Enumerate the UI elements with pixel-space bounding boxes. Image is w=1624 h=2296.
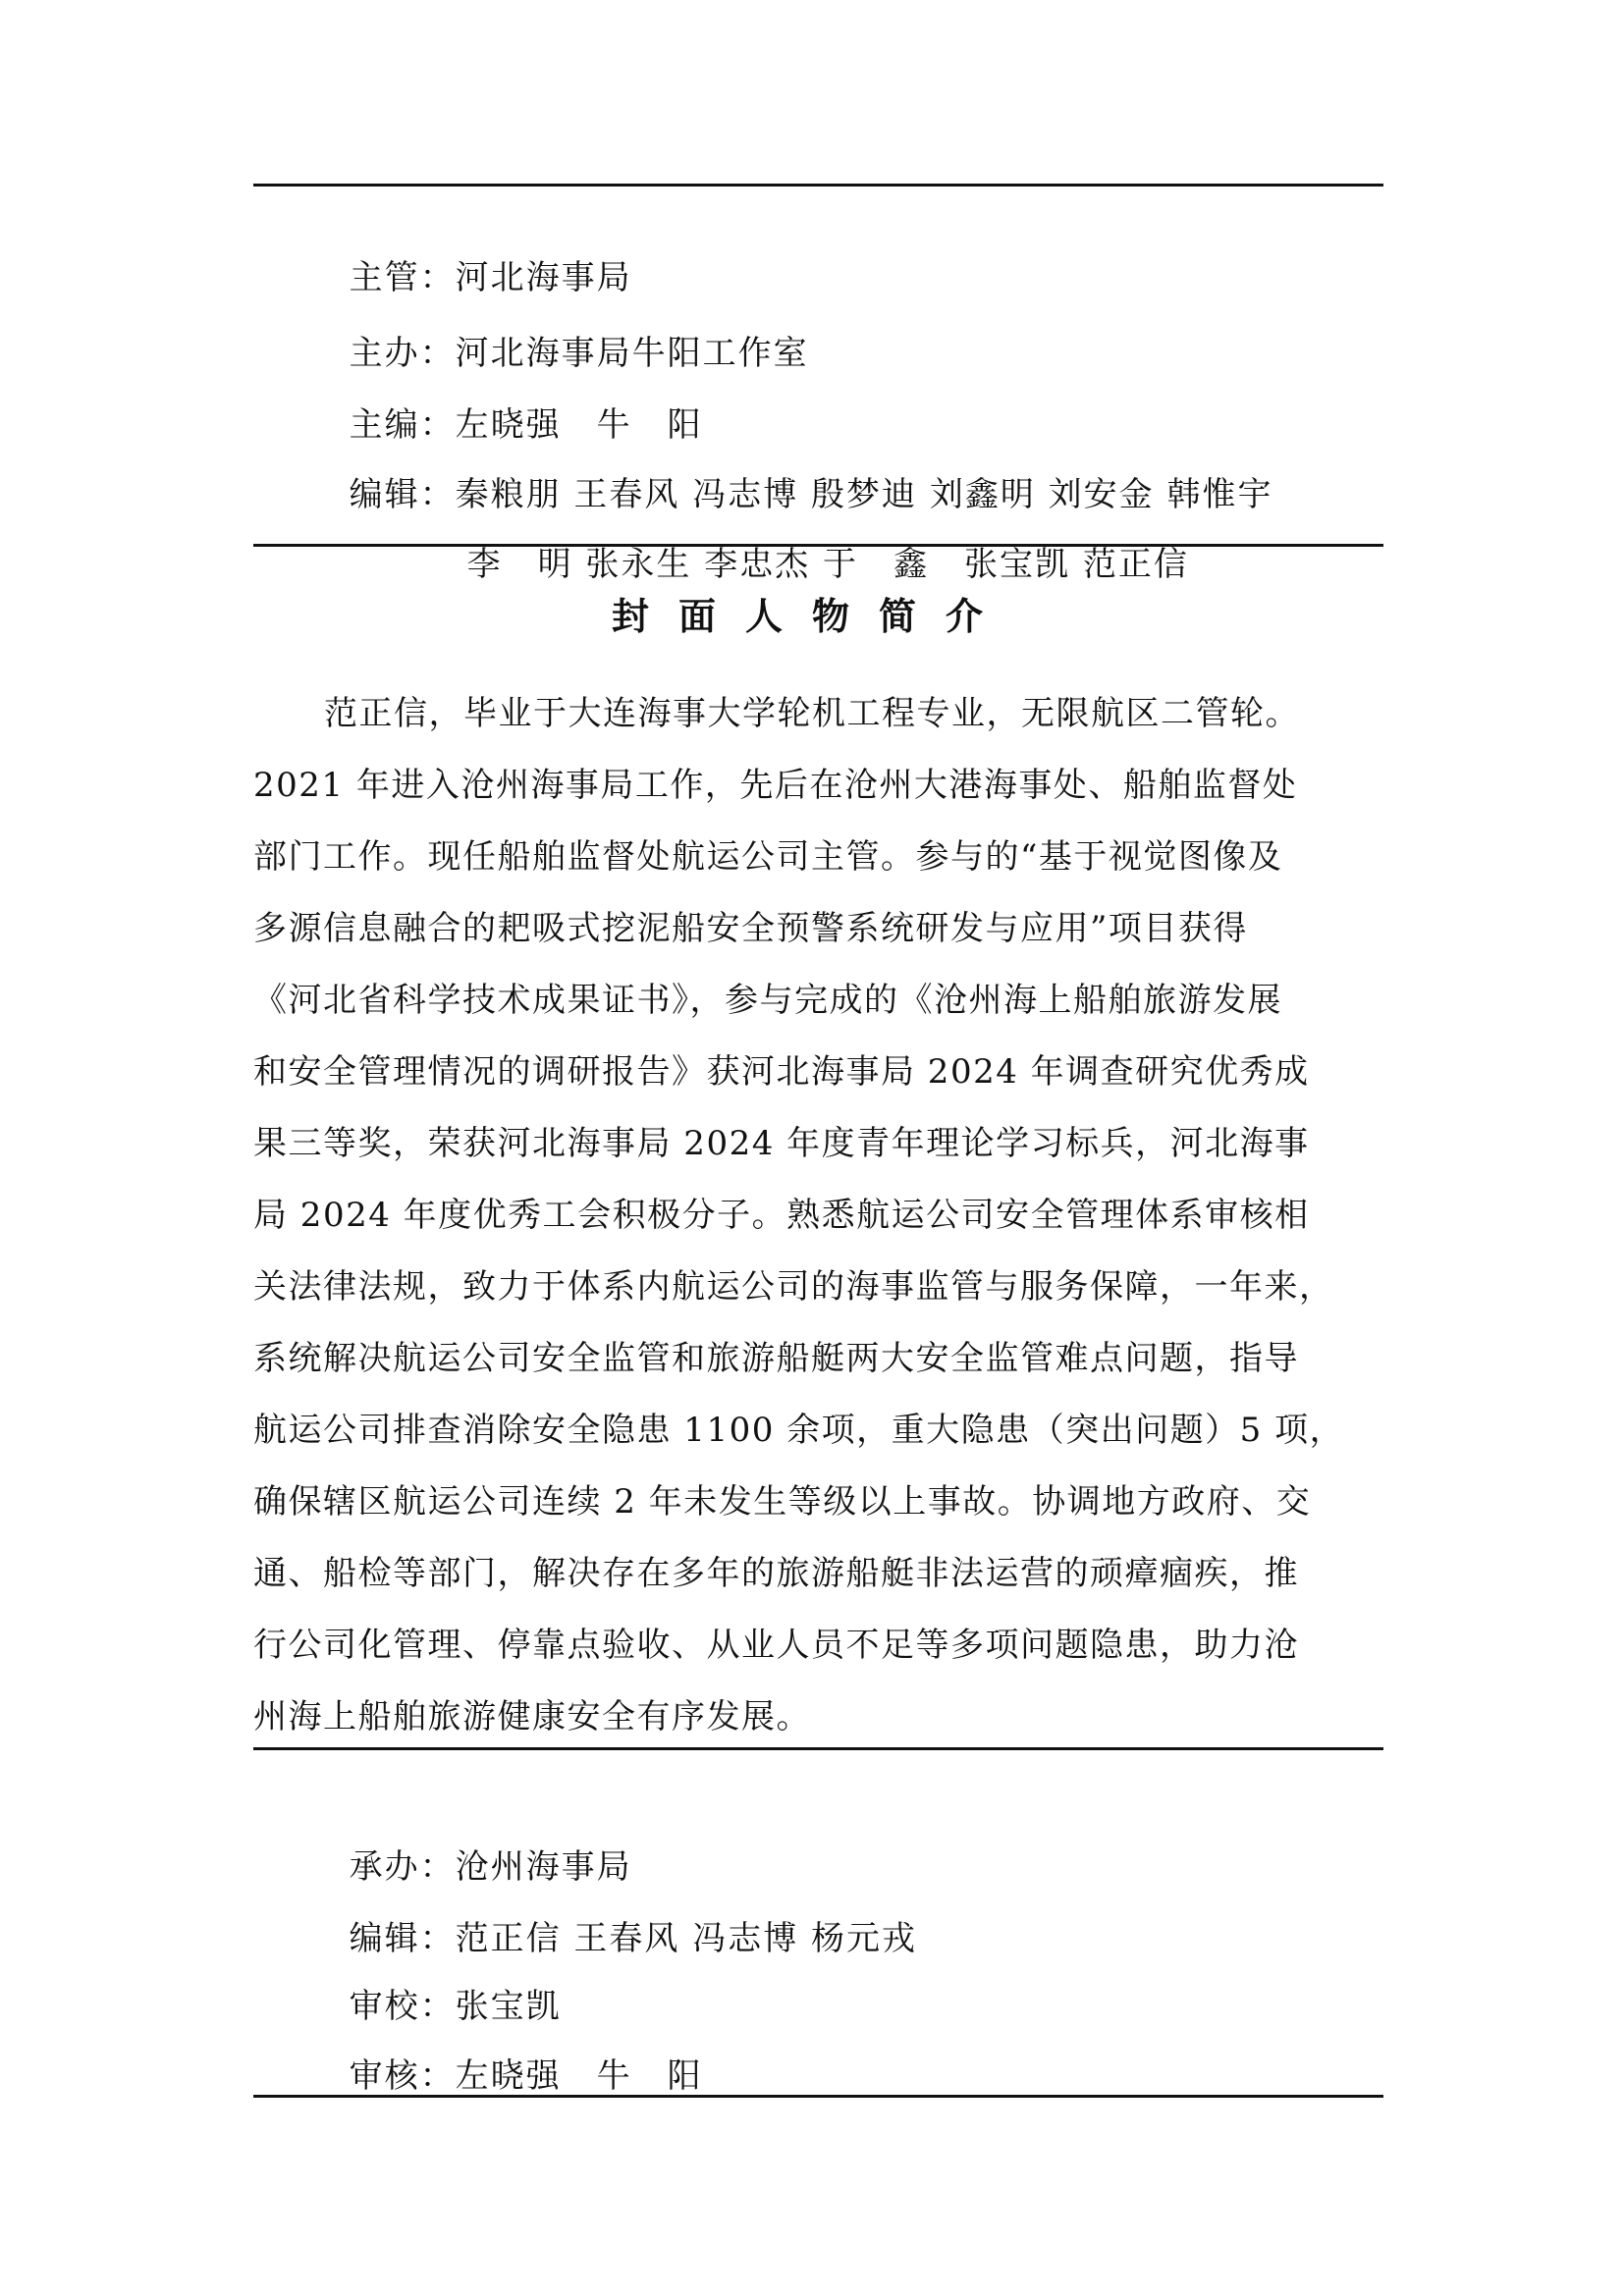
body-line: 关法律法规，致力于体系内航运公司的海事监管与服务保障，一年来，	[253, 1252, 1383, 1323]
body-line: 范正信，毕业于大连海事大学轮机工程专业，无限航区二管轮。	[253, 678, 1383, 750]
body-line: 《河北省科学技术成果证书》，参与完成的《沧州海上船舶旅游发展	[253, 965, 1383, 1037]
colophon-proofreader: 审校：张宝凯	[324, 1948, 562, 2026]
supervisor-value: 河北海事局	[456, 258, 632, 297]
editors-label: 编辑：	[350, 475, 456, 514]
body-line: 航运公司排查消除安全隐患 1100 余项，重大隐患（突出问题）5 项，	[253, 1395, 1383, 1467]
body-line: 确保辖区航运公司连续 2 年未发生等级以上事故。协调地方政府、交	[253, 1467, 1383, 1538]
body-line: 多源信息融合的耙吸式挖泥船安全预警系统研发与应用”项目获得	[253, 893, 1383, 965]
supervisor-label: 主管：	[350, 258, 456, 297]
top-rule	[253, 184, 1383, 187]
masthead-supervisor: 主管：河北海事局	[324, 219, 632, 297]
colophon-organizer: 承办：沧州海事局	[324, 1808, 632, 1887]
body-line: 州海上船舶旅游健康安全有序发展。	[253, 1682, 1383, 1753]
body-line: 通、船检等部门，解决存在多年的旅游船艇非法运营的顽瘴痼疾，推	[253, 1538, 1383, 1610]
article-title: 封面人物简介	[0, 595, 1624, 638]
body-line: 局 2024 年度优秀工会积极分子。熟悉航运公司安全管理体系审核相	[253, 1180, 1383, 1252]
reviewers-label: 审核：	[350, 2056, 456, 2096]
body-line: 2021 年进入沧州海事局工作，先后在沧州大港海事处、船舶监督处	[253, 750, 1383, 822]
colophon-reviewers: 审核：左晓强 牛 阳	[324, 2017, 703, 2096]
masthead-chief-editors: 主编：左晓强 牛 阳	[324, 366, 703, 445]
body-line: 部门工作。现任船舶监督处航运公司主管。参与的“基于视觉图像及	[253, 822, 1383, 893]
article-divider	[253, 1747, 1383, 1750]
body-line: 行公司化管理、停靠点验收、从业人员不足等多项问题隐患，助力沧	[253, 1610, 1383, 1682]
body-line: 和安全管理情况的调研报告》获河北海事局 2024 年调查研究优秀成	[253, 1037, 1383, 1108]
body-line: 果三等奖，荣获河北海事局 2024 年度青年理论学习标兵，河北海事	[253, 1108, 1383, 1180]
bottom-rule	[253, 2095, 1383, 2098]
editors-line2: 李 明 张永生 李忠杰 于 鑫 张宝凯 范正信	[467, 545, 1189, 584]
colophon-editors: 编辑：范正信 王春风 冯志博 杨元戎	[324, 1880, 917, 1958]
masthead-editors: 编辑：秦粮朋 王春风 冯志博 殷梦迪 刘鑫明 刘安金 韩惟宇	[324, 436, 1272, 514]
masthead-divider	[253, 544, 1383, 547]
reviewers-value: 左晓强 牛 阳	[456, 2056, 703, 2096]
body-line: 系统解决航运公司安全监管和旅游船艇两大安全监管难点问题，指导	[253, 1323, 1383, 1395]
masthead-sponsor: 主办：河北海事局牛阳工作室	[324, 294, 809, 373]
article-body: 范正信，毕业于大连海事大学轮机工程专业，无限航区二管轮。 2021 年进入沧州海…	[253, 678, 1383, 1753]
